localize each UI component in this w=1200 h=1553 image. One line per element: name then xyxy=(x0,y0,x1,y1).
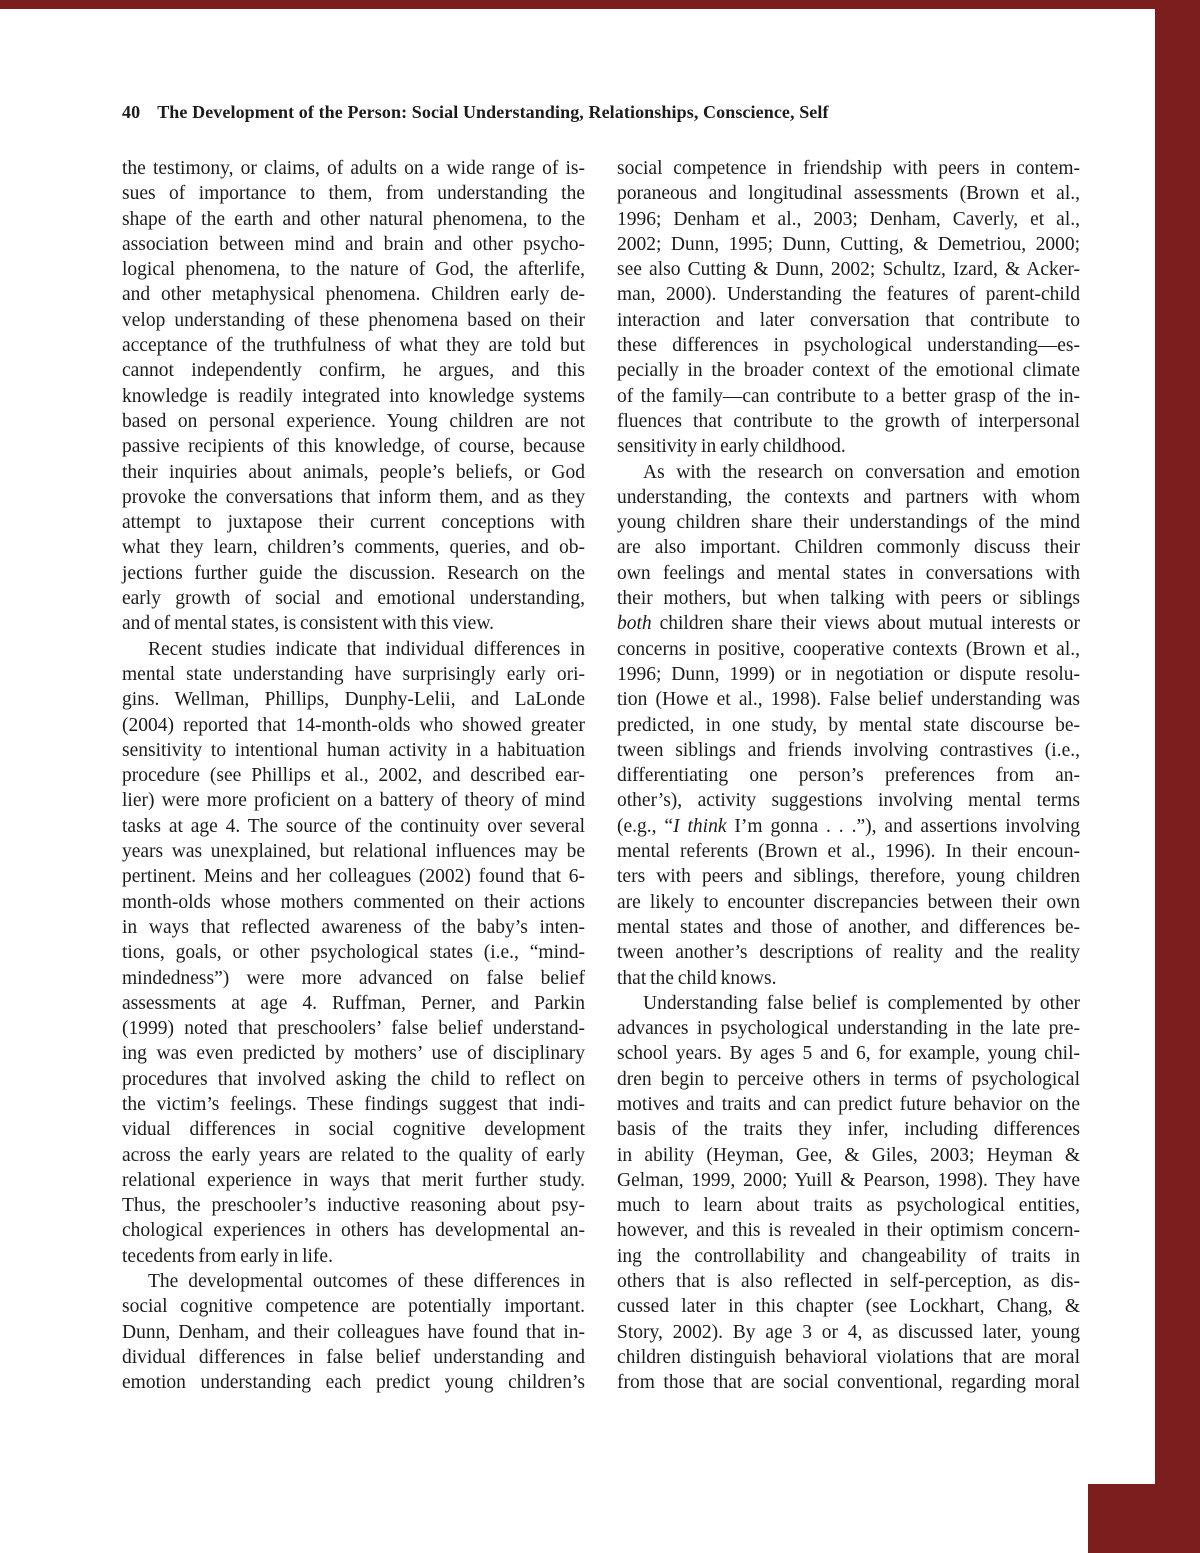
text-line: vidual differences in social cognitive d… xyxy=(122,1117,585,1142)
text-line: 2002; Dunn, 1995; Dunn, Cutting, & Demet… xyxy=(617,232,1080,257)
text-line: what they learn, children’s comments, qu… xyxy=(122,535,585,560)
text-line: 1996; Denham et al., 2003; Denham, Caver… xyxy=(617,207,1080,232)
text-line: sensitivity in early childhood. xyxy=(617,434,1080,459)
text-line: of the family—can contribute to a better… xyxy=(617,384,1080,409)
paragraph: Recent studies indicate that individual … xyxy=(122,637,585,1269)
text-line: sues of importance to them, from underst… xyxy=(122,181,585,206)
text-line: young children share their understanding… xyxy=(617,510,1080,535)
text-line: advances in psychological understanding … xyxy=(617,1016,1080,1041)
text-line: Recent studies indicate that individual … xyxy=(122,637,585,662)
text-line: emotion understanding each predict young… xyxy=(122,1370,585,1395)
text-line: Dunn, Denham, and their colleagues have … xyxy=(122,1320,585,1345)
text-line: and other metaphysical phenomena. Childr… xyxy=(122,282,585,307)
text-line: month-olds whose mothers commented on th… xyxy=(122,890,585,915)
text-line: tween siblings and friends involving con… xyxy=(617,738,1080,763)
text-line: 1996; Dunn, 1999) or in negotiation or d… xyxy=(617,662,1080,687)
text-line: ing the controllability and changeabilit… xyxy=(617,1244,1080,1269)
text-line: shape of the earth and other natural phe… xyxy=(122,207,585,232)
text-line: provoke the conversations that inform th… xyxy=(122,485,585,510)
text-column-left: the testimony, or claims, of adults on a… xyxy=(122,156,585,1396)
text-line: both children share their views about mu… xyxy=(617,611,1080,636)
paragraph: Understanding false belief is complement… xyxy=(617,991,1080,1396)
text-line: knowledge is readily integrated into kno… xyxy=(122,384,585,409)
text-line: years was unexplained, but relational in… xyxy=(122,839,585,864)
text-line: ing was even predicted by mothers’ use o… xyxy=(122,1041,585,1066)
text-line: Gelman, 1999, 2000; Yuill & Pearson, 199… xyxy=(617,1168,1080,1193)
book-cover-corner-bottom-right xyxy=(1088,1484,1200,1553)
text-line: tions, goals, or other psychological sta… xyxy=(122,940,585,965)
text-line: mental referents (Brown et al., 1996). I… xyxy=(617,839,1080,864)
text-line: (1999) noted that preschoolers’ false be… xyxy=(122,1016,585,1041)
text-line: attempt to juxtapose their current conce… xyxy=(122,510,585,535)
text-line: own feelings and mental states in conver… xyxy=(617,561,1080,586)
text-line: dren begin to perceive others in terms o… xyxy=(617,1067,1080,1092)
text-line: cussed later in this chapter (see Lockha… xyxy=(617,1294,1080,1319)
text-line: Thus, the preschooler’s inductive reason… xyxy=(122,1193,585,1218)
text-line: predicted, in one study, by mental state… xyxy=(617,713,1080,738)
text-line: see also Cutting & Dunn, 2002; Schultz, … xyxy=(617,257,1080,282)
text-line: ters with peers and siblings, therefore,… xyxy=(617,864,1080,889)
book-cover-edge-top xyxy=(0,0,1200,9)
paragraph: social competence in friendship with pee… xyxy=(617,156,1080,460)
text-line: The developmental outcomes of these diff… xyxy=(122,1269,585,1294)
text-line: poraneous and longitudinal assessments (… xyxy=(617,181,1080,206)
text-line: the victim’s feelings. These findings su… xyxy=(122,1092,585,1117)
paragraph: The developmental outcomes of these diff… xyxy=(122,1269,585,1395)
book-cover-edge-right xyxy=(1155,0,1200,1553)
text-line: tion (Howe et al., 1998). False belief u… xyxy=(617,687,1080,712)
text-columns: the testimony, or claims, of adults on a… xyxy=(122,156,1080,1396)
text-line: in ways that reflected awareness of the … xyxy=(122,915,585,940)
text-line: school years. By ages 5 and 6, for examp… xyxy=(617,1041,1080,1066)
text-line: mindedness”) were more advanced on false… xyxy=(122,966,585,991)
text-line: and of mental states, is consistent with… xyxy=(122,611,585,636)
text-line: Story, 2002). By age 3 or 4, as discusse… xyxy=(617,1320,1080,1345)
text-line: mental state understanding have surprisi… xyxy=(122,662,585,687)
text-line: concerns in positive, cooperative contex… xyxy=(617,637,1080,662)
text-line: these differences in psychological under… xyxy=(617,333,1080,358)
text-line: understanding, the contexts and partners… xyxy=(617,485,1080,510)
text-line: velop understanding of these phenomena b… xyxy=(122,308,585,333)
text-line: much to learn about traits as psychologi… xyxy=(617,1193,1080,1218)
text-line: basis of the traits they infer, includin… xyxy=(617,1117,1080,1142)
text-line: that the child knows. xyxy=(617,966,1080,991)
paragraph: As with the research on conversation and… xyxy=(617,460,1080,991)
text-line: As with the research on conversation and… xyxy=(617,460,1080,485)
text-line: are likely to encounter discrepancies be… xyxy=(617,890,1080,915)
text-line: others that is also reflected in self-pe… xyxy=(617,1269,1080,1294)
text-line: lier) were more proficient on a battery … xyxy=(122,788,585,813)
text-line: from those that are social conventional,… xyxy=(617,1370,1080,1395)
text-line: man, 2000). Understanding the features o… xyxy=(617,282,1080,307)
text-line: tasks at age 4. The source of the contin… xyxy=(122,814,585,839)
text-line: social cognitive competence are potentia… xyxy=(122,1294,585,1319)
text-line: association between mind and brain and o… xyxy=(122,232,585,257)
text-line: Understanding false belief is complement… xyxy=(617,991,1080,1016)
text-line: procedures that involved asking the chil… xyxy=(122,1067,585,1092)
text-line: tween another’s descriptions of reality … xyxy=(617,940,1080,965)
text-line: procedure (see Phillips et al., 2002, an… xyxy=(122,763,585,788)
text-line: other’s), activity suggestions involving… xyxy=(617,788,1080,813)
text-line: sensitivity to intentional human activit… xyxy=(122,738,585,763)
text-line: in ability (Heyman, Gee, & Giles, 2003; … xyxy=(617,1143,1080,1168)
text-line: their inquiries about animals, people’s … xyxy=(122,460,585,485)
text-line: interaction and later conversation that … xyxy=(617,308,1080,333)
text-line: (2004) reported that 14-month-olds who s… xyxy=(122,713,585,738)
paragraph: the testimony, or claims, of adults on a… xyxy=(122,156,585,637)
text-line: across the early years are related to th… xyxy=(122,1143,585,1168)
text-line: the testimony, or claims, of adults on a… xyxy=(122,156,585,181)
page-number: 40 xyxy=(122,102,140,122)
running-header: 40The Development of the Person: Social … xyxy=(122,102,1102,123)
text-line: motives and traits and can predict futur… xyxy=(617,1092,1080,1117)
text-line: jections further guide the discussion. R… xyxy=(122,561,585,586)
text-line: mental states and those of another, and … xyxy=(617,915,1080,940)
text-line: chological experiences in others has dev… xyxy=(122,1218,585,1243)
text-line: tecedents from early in life. xyxy=(122,1244,585,1269)
text-line: fluences that contribute to the growth o… xyxy=(617,409,1080,434)
text-line: acceptance of the truthfulness of what t… xyxy=(122,333,585,358)
text-line: early growth of social and emotional und… xyxy=(122,586,585,611)
book-page: 40The Development of the Person: Social … xyxy=(0,0,1200,1553)
text-line: pertinent. Meins and her colleagues (200… xyxy=(122,864,585,889)
running-title: The Development of the Person: Social Un… xyxy=(157,102,828,122)
text-column-right: social competence in friendship with pee… xyxy=(617,156,1080,1396)
text-line: dividual differences in false belief und… xyxy=(122,1345,585,1370)
text-line: children distinguish behavioral violatio… xyxy=(617,1345,1080,1370)
text-line: gins. Wellman, Phillips, Dunphy-Lelii, a… xyxy=(122,687,585,712)
text-line: (e.g., “I think I’m gonna . . .”), and a… xyxy=(617,814,1080,839)
text-line: social competence in friendship with pee… xyxy=(617,156,1080,181)
text-line: logical phenomena, to the nature of God,… xyxy=(122,257,585,282)
text-line: however, and this is revealed in their o… xyxy=(617,1218,1080,1243)
text-line: based on personal experience. Young chil… xyxy=(122,409,585,434)
text-line: pecially in the broader context of the e… xyxy=(617,358,1080,383)
text-line: relational experience in ways that merit… xyxy=(122,1168,585,1193)
text-line: cannot independently confirm, he argues,… xyxy=(122,358,585,383)
text-line: are also important. Children commonly di… xyxy=(617,535,1080,560)
text-line: passive recipients of this knowledge, of… xyxy=(122,434,585,459)
text-line: assessments at age 4. Ruffman, Perner, a… xyxy=(122,991,585,1016)
text-line: their mothers, but when talking with pee… xyxy=(617,586,1080,611)
text-line: differentiating one person’s preferences… xyxy=(617,763,1080,788)
